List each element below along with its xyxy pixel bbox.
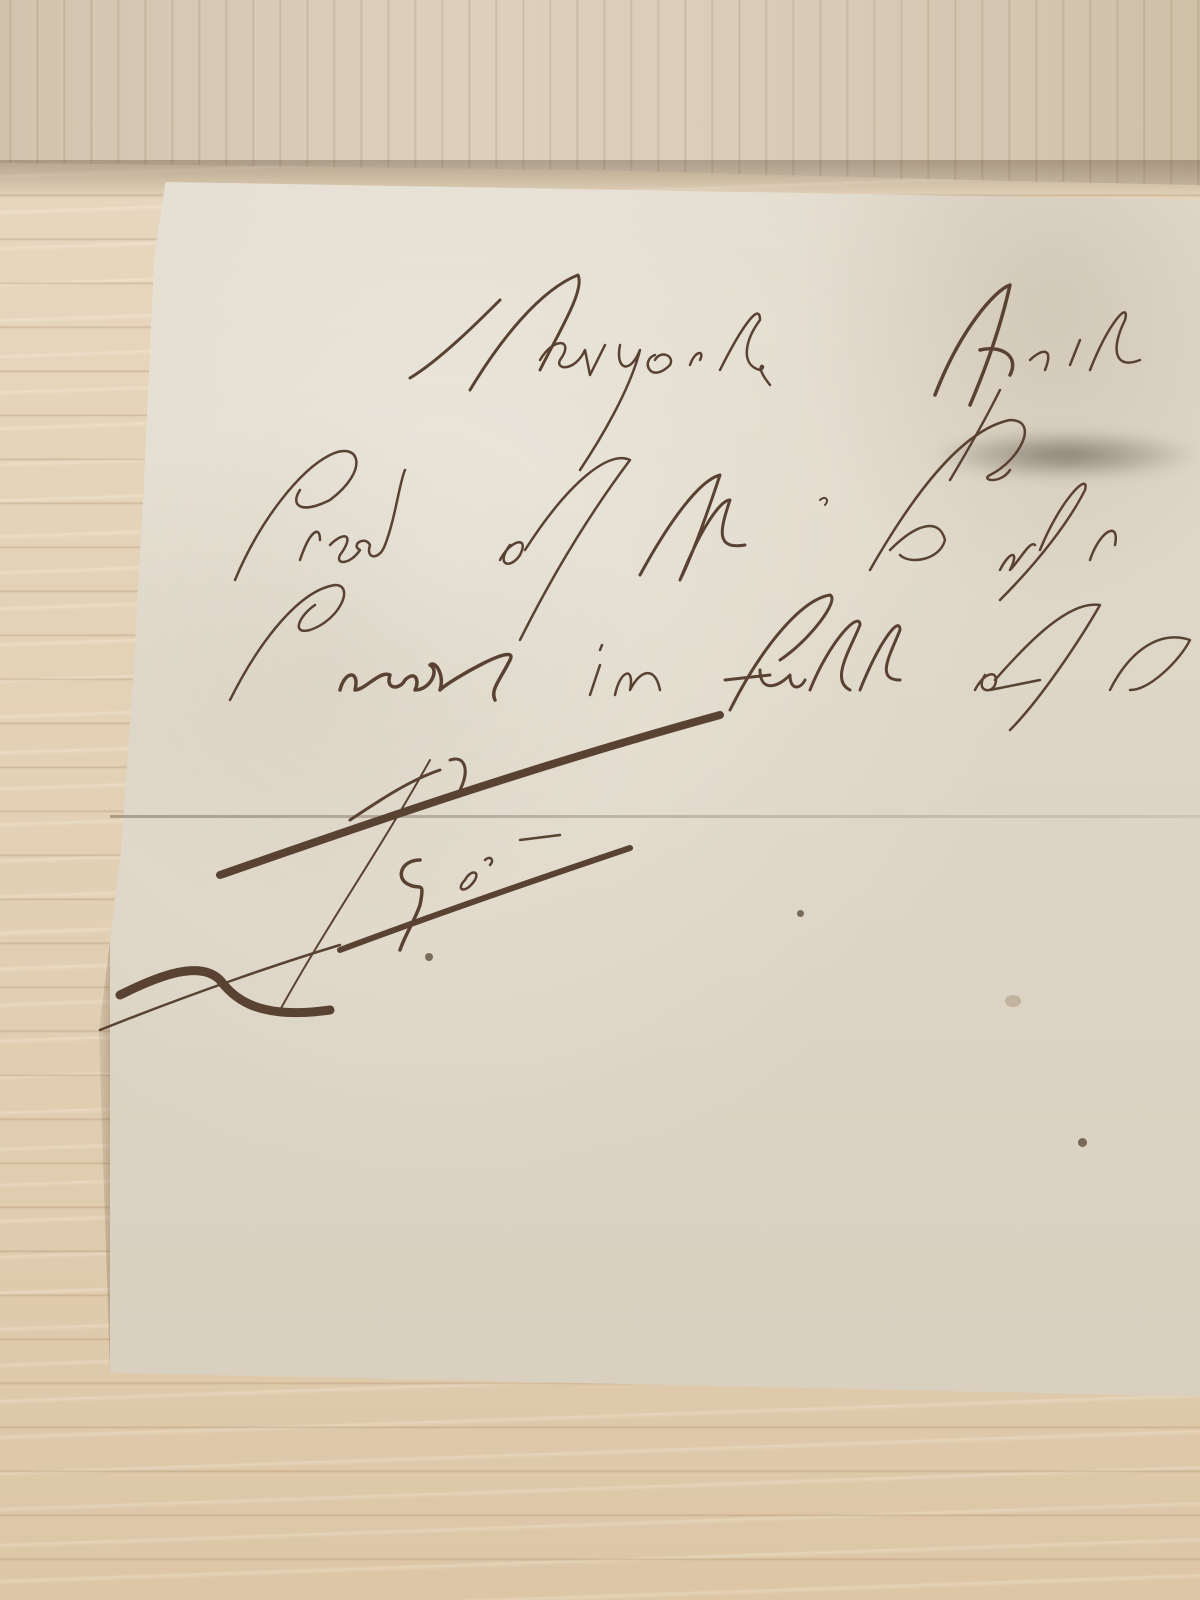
handwriting-line-3 bbox=[230, 585, 1190, 730]
handwriting-line-1 bbox=[410, 275, 1140, 480]
handwriting-line-2 bbox=[235, 420, 1116, 640]
handwriting-amount bbox=[100, 715, 720, 1030]
handwriting-layer bbox=[0, 0, 1200, 1600]
